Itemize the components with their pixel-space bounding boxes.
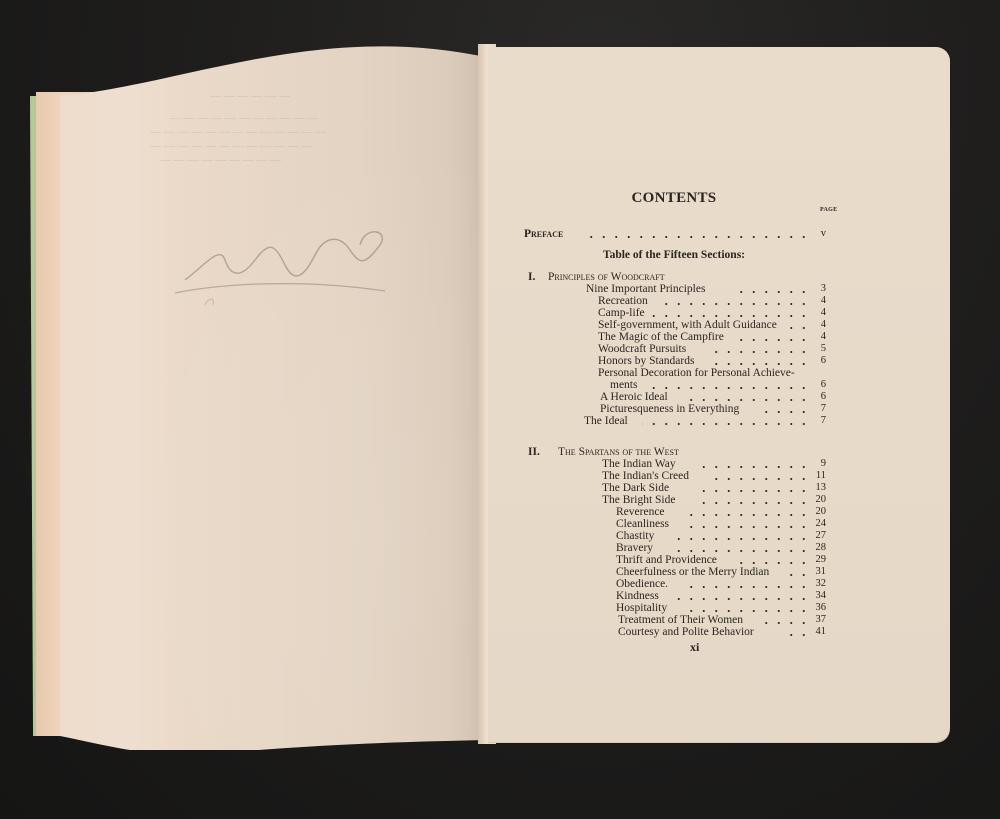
toc-page: 36 <box>812 602 826 614</box>
toc-label: Honors by Standards <box>598 355 694 367</box>
contents-heading: CONTENTS <box>524 190 824 207</box>
toc-row: Chastity 27 <box>524 530 824 542</box>
section-title: Principles of Woodcraft <box>548 271 665 283</box>
leader-dots <box>710 355 810 367</box>
bleed-through-text: — — — — — — <box>210 90 290 103</box>
leader-dots <box>648 307 810 319</box>
toc-label: Courtesy and Polite Behavior <box>618 626 754 638</box>
toc-label: A Heroic Ideal <box>600 391 668 403</box>
leader-dots <box>710 470 810 482</box>
toc-label: Hospitality <box>616 602 667 614</box>
leader-dots <box>672 530 810 542</box>
toc-label: Cleanliness <box>616 518 669 530</box>
toc-row: Hospitality 36 <box>524 602 824 614</box>
pencil-signature <box>165 205 405 305</box>
toc-label: Recreation <box>598 295 648 307</box>
toc-label: The Bright Side <box>602 494 675 506</box>
section-numeral: I. <box>528 271 535 283</box>
toc-row: The Dark Side 13 <box>524 482 824 494</box>
leader-dots <box>786 626 810 638</box>
toc-page: 34 <box>812 590 826 602</box>
toc-row: The Indian's Creed 11 <box>524 470 824 482</box>
left-page: — — — — — — — — — — — — — — — — — — — — … <box>60 30 490 750</box>
leader-dots <box>684 506 810 518</box>
toc-label: The Ideal <box>584 415 628 427</box>
toc-label: ments <box>610 379 637 391</box>
leader-dots <box>760 403 810 415</box>
toc-page: 4 <box>812 319 826 331</box>
toc-row: Kindness 34 <box>524 590 824 602</box>
toc-row: Courtesy and Polite Behavior 41 <box>524 626 824 638</box>
section-title: The Spartans of the West <box>558 446 679 458</box>
leader-dots <box>684 578 810 590</box>
leader-dots <box>650 379 810 391</box>
toc-row: The Indian Way 9 <box>524 458 824 470</box>
toc-row: Reverence 20 <box>524 506 824 518</box>
toc-row: Camp-life 4 <box>524 307 824 319</box>
toc-page: 20 <box>812 494 826 506</box>
leader-dots <box>684 391 810 403</box>
leader-dots <box>734 283 810 295</box>
toc-page: 24 <box>812 518 826 530</box>
bleed-through-text: — — — — — — — — — <box>160 154 281 167</box>
toc-page: 13 <box>812 482 826 494</box>
leader-dots <box>684 518 810 530</box>
leader-dots <box>684 602 810 614</box>
leader-dots <box>642 415 810 427</box>
toc-row: Recreation 4 <box>524 295 824 307</box>
toc-label: Cheerfulness or the Merry Indian <box>616 566 769 578</box>
toc-page: 31 <box>812 566 826 578</box>
toc-row: Picturesqueness in Everything 7 <box>524 403 824 415</box>
toc-label: The Indian Way <box>602 458 676 470</box>
toc-label: Nine Important Principles <box>586 283 705 295</box>
toc-row: Treatment of Their Women 37 <box>524 614 824 626</box>
toc-page: 4 <box>812 295 826 307</box>
leader-dots <box>580 228 810 240</box>
toc-page: 6 <box>812 391 826 403</box>
toc-label: Picturesqueness in Everything <box>600 403 739 415</box>
toc-label: Camp-life <box>598 307 645 319</box>
toc-row: Woodcraft Pursuits 5 <box>524 343 824 355</box>
toc-row: The Ideal 7 <box>524 415 824 427</box>
toc-label: Obedience. <box>616 578 668 590</box>
toc-page: 3 <box>812 283 826 295</box>
section-heading: II. The Spartans of the West <box>524 446 824 458</box>
toc-page: 6 <box>812 379 826 391</box>
toc-label: Bravery <box>616 542 653 554</box>
toc-row: A Heroic Ideal 6 <box>524 391 824 403</box>
toc-row: The Magic of the Campfire 4 <box>524 331 824 343</box>
bleed-through-text: — — — — — — — — — — — — — <box>150 126 326 139</box>
toc-page: 32 <box>812 578 826 590</box>
toc-row: ments 6 <box>524 379 824 391</box>
toc-page: 20 <box>812 506 826 518</box>
toc-page: 7 <box>812 415 826 427</box>
toc-label: Treatment of Their Women <box>618 614 743 626</box>
leader-dots <box>656 295 810 307</box>
leader-dots <box>790 319 810 331</box>
toc-label: Chastity <box>616 530 654 542</box>
leader-dots <box>764 614 810 626</box>
leader-dots <box>672 590 810 602</box>
toc-page: 11 <box>812 470 826 482</box>
toc-label: Thrift and Providence <box>616 554 717 566</box>
toc-page: 6 <box>812 355 826 367</box>
toc-label: Self-government, with Adult Guidance <box>598 319 777 331</box>
toc-page: 4 <box>812 307 826 319</box>
toc-label: Kindness <box>616 590 659 602</box>
toc-row: Bravery 28 <box>524 542 824 554</box>
toc-page: v <box>812 228 826 240</box>
toc-row: Honors by Standards 6 <box>524 355 824 367</box>
toc-label: The Indian's Creed <box>602 470 689 482</box>
leader-dots <box>672 542 810 554</box>
toc-page: 27 <box>812 530 826 542</box>
toc-label: Personal Decoration for Personal Achieve… <box>598 367 795 379</box>
toc-row: The Bright Side 20 <box>524 494 824 506</box>
page-column-label: PAGE <box>820 207 837 213</box>
toc-page: 29 <box>812 554 826 566</box>
leader-dots <box>696 458 810 470</box>
contents-subtitle: Table of the Fifteen Sections: <box>524 249 824 261</box>
toc-page: 4 <box>812 331 826 343</box>
leader-dots <box>696 494 810 506</box>
toc-page: 28 <box>812 542 826 554</box>
section-heading: I. Principles of Woodcraft <box>524 271 824 283</box>
toc-label: Woodcraft Pursuits <box>598 343 686 355</box>
toc-label: Reverence <box>616 506 665 518</box>
leader-dots <box>710 343 810 355</box>
leader-dots <box>696 482 810 494</box>
toc-page: 5 <box>812 343 826 355</box>
toc-row: Cleanliness 24 <box>524 518 824 530</box>
bleed-through-text: — — — — — — — — — — — — <box>150 140 312 153</box>
toc-page: 37 <box>812 614 826 626</box>
toc-label: The Magic of the Campfire <box>598 331 724 343</box>
toc-row: Personal Decoration for Personal Achieve… <box>524 367 824 379</box>
page-folio: xi <box>690 640 699 655</box>
leader-dots <box>738 331 810 343</box>
toc-label: Preface <box>524 228 563 240</box>
leader-dots <box>788 566 810 578</box>
toc-page: 9 <box>812 458 826 470</box>
toc-row: Self-government, with Adult Guidance 4 <box>524 319 824 331</box>
bleed-through-text: — — — — — — — — — — — <box>170 112 319 125</box>
leader-dots <box>738 554 810 566</box>
toc-row: Cheerfulness or the Merry Indian 31 <box>524 566 824 578</box>
toc-row: Thrift and Providence 29 <box>524 554 824 566</box>
section-numeral: II. <box>528 446 540 458</box>
toc-label: The Dark Side <box>602 482 669 494</box>
toc-row: Obedience. 32 <box>524 578 824 590</box>
toc-row-preface: Preface v <box>524 228 824 240</box>
toc-row: Nine Important Principles 3 <box>524 283 824 295</box>
toc-page: 41 <box>812 626 826 638</box>
toc-page: 7 <box>812 403 826 415</box>
